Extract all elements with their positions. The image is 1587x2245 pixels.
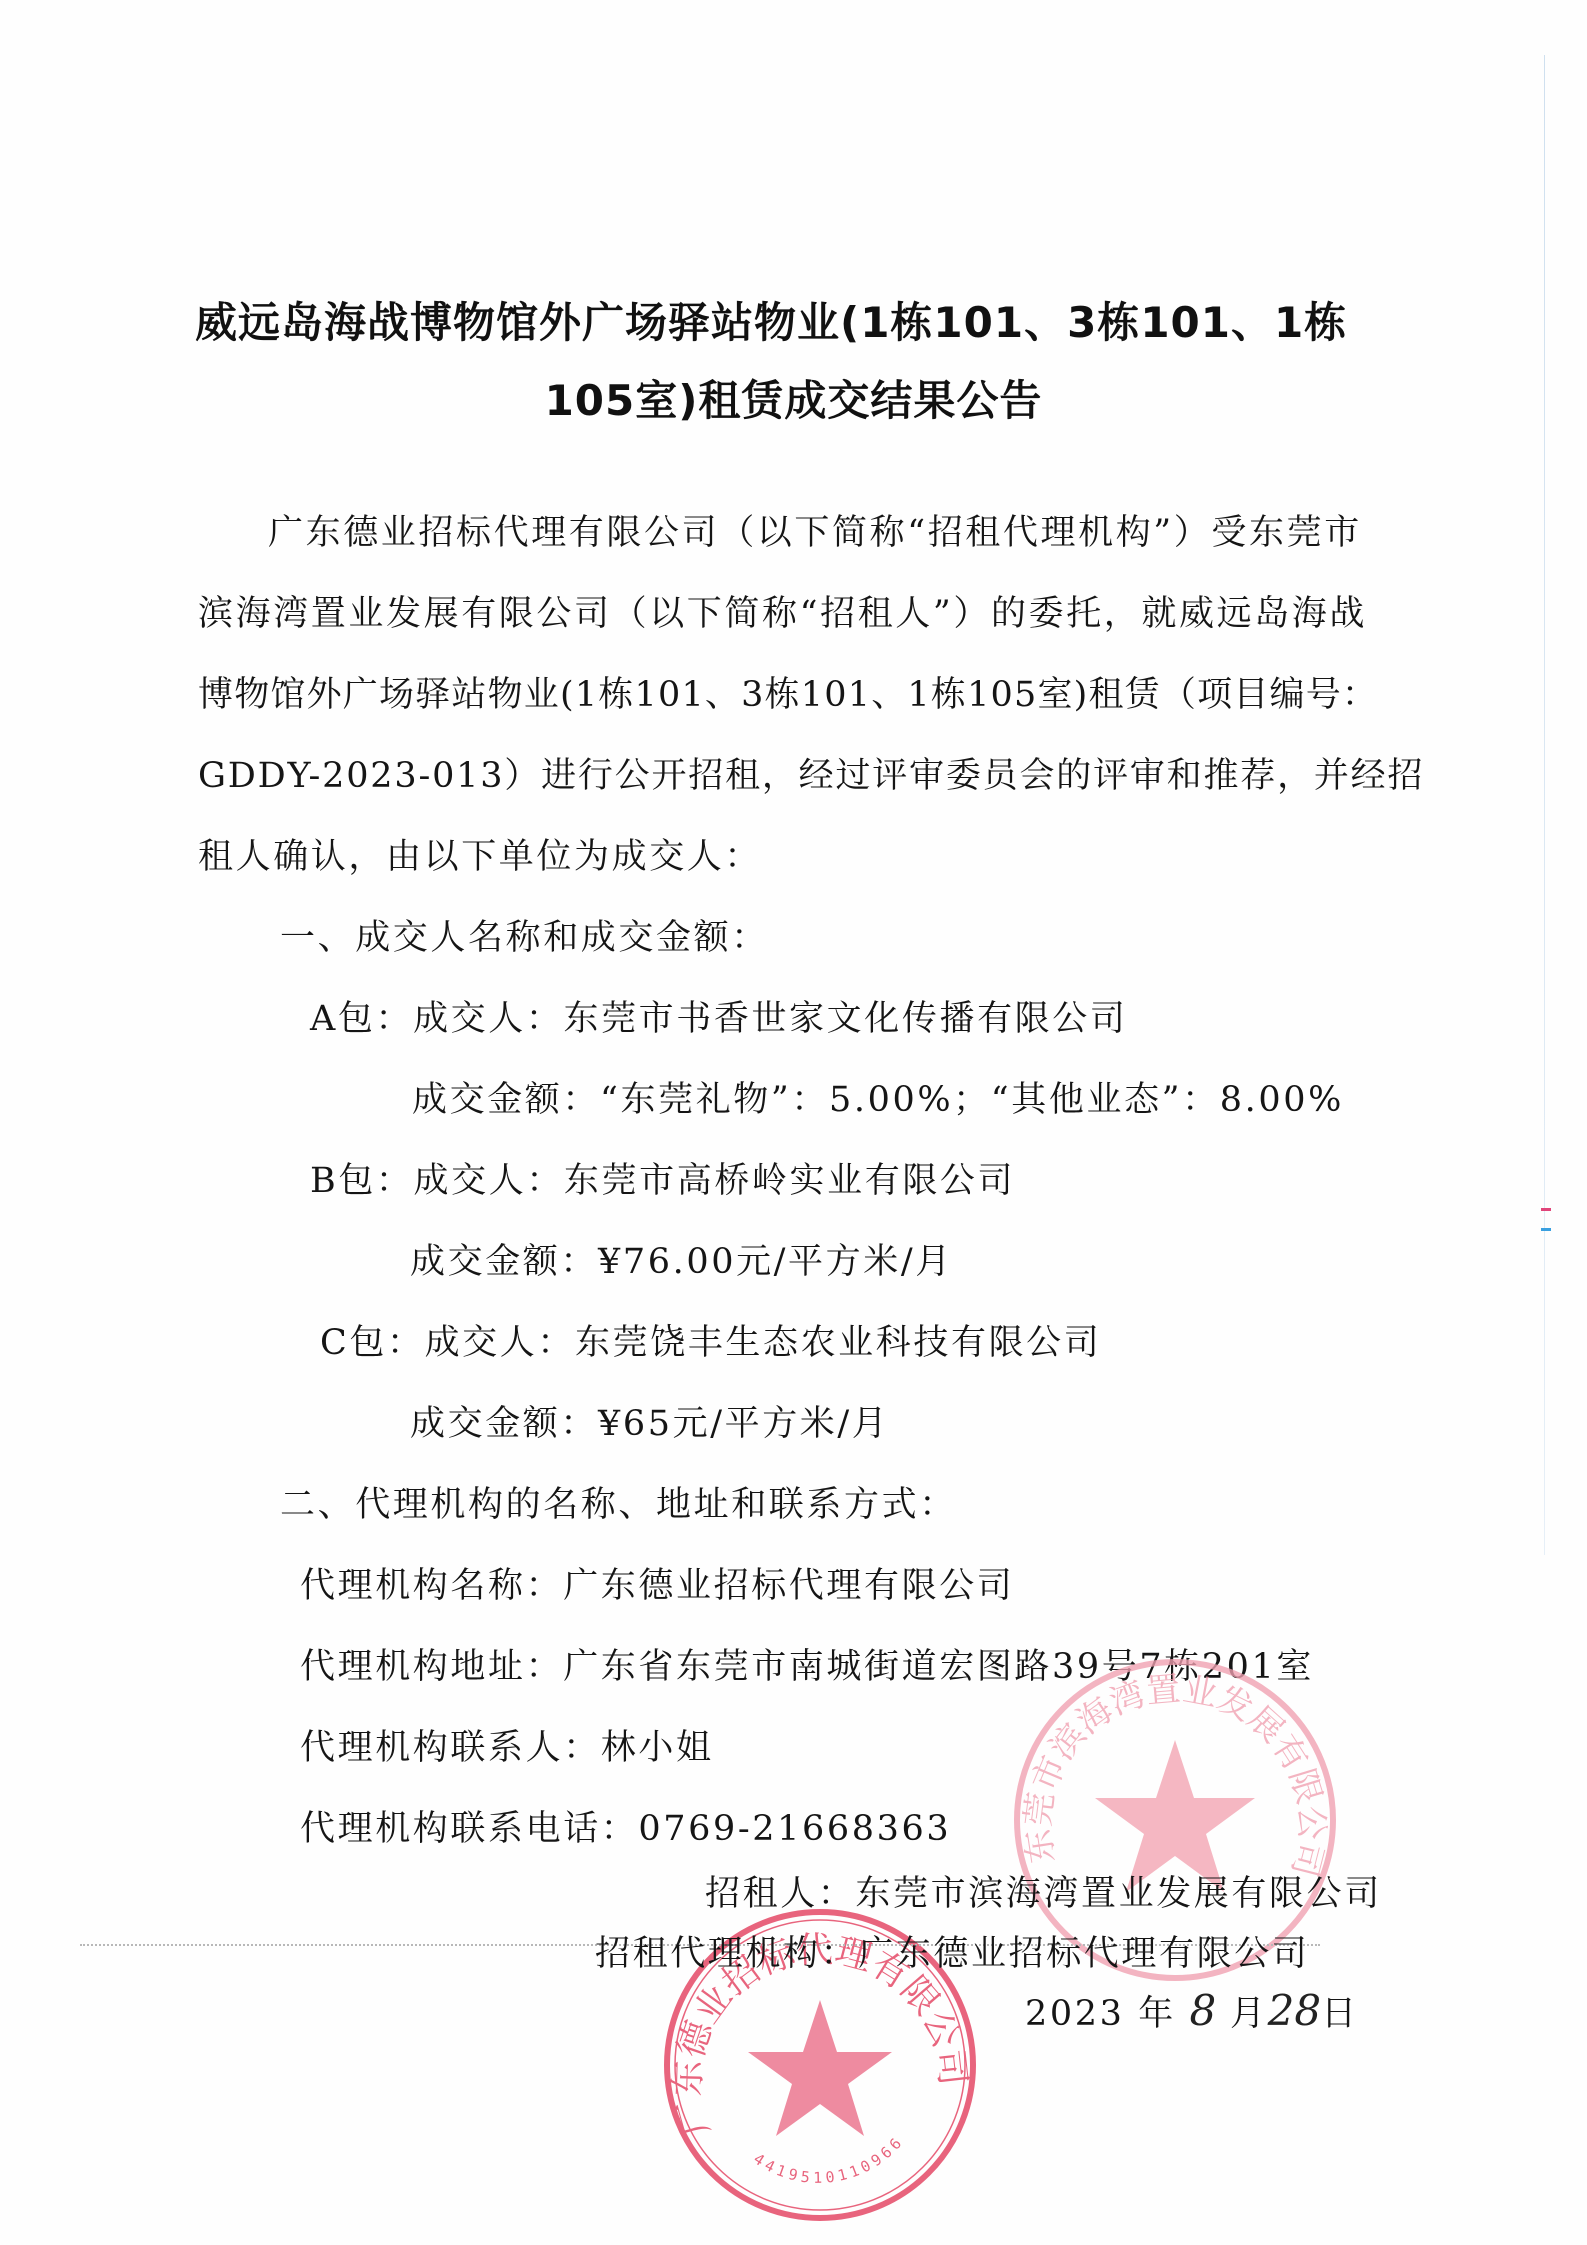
package-a-winner: A包：成交人：东莞市书香世家文化传播有限公司 — [310, 991, 1127, 1041]
package-b-amount: 成交金额：¥76.00元/平方米/月 — [410, 1234, 953, 1284]
agency-name: 代理机构名称：广东德业招标代理有限公司 — [300, 1558, 1014, 1608]
date-day-unit: 日 — [1321, 1994, 1359, 2034]
package-c-winner: C包：成交人：东莞饶丰生态农业科技有限公司 — [320, 1315, 1101, 1365]
scan-edge-line — [1544, 55, 1545, 1555]
section-1-heading: 一、成交人名称和成交金额： — [280, 910, 769, 960]
package-b-winner: B包：成交人：东莞市高桥岭实业有限公司 — [310, 1153, 1015, 1203]
intro-line: GDDY-2023-013）进行公开招租，经过评审委员会的评审和推荐，并经招 — [198, 748, 1424, 798]
document-page: 威远岛海战博物馆外广场驿站物业(1栋101、3栋101、1栋 105室)租赁成交… — [0, 0, 1587, 2245]
package-a-amount: 成交金额：“东莞礼物”：5.00%；“其他业态”：8.00% — [412, 1072, 1344, 1122]
intro-line: 滨海湾置业发展有限公司（以下简称“招租人”）的委托，就威远岛海战 — [198, 586, 1367, 636]
signature-date: 2023 年 8 月28日 — [1025, 1986, 1359, 2036]
scan-edge-mark — [1541, 1228, 1551, 1231]
agency-seal-number: 4419510110966 — [750, 2132, 907, 2187]
intro-line: 博物馆外广场驿站物业(1栋101、3栋101、1栋105室)租赁（项目编号： — [198, 667, 1378, 717]
document-title-line-2: 105室)租赁成交结果公告 — [0, 368, 1587, 428]
scan-edge-mark — [1541, 1208, 1551, 1211]
date-day-handwritten: 28 — [1268, 1986, 1321, 2035]
date-year: 2023 年 — [1025, 1994, 1176, 2034]
lessor-signature: 招租人：东莞市滨海湾置业发展有限公司 — [705, 1866, 1382, 1916]
date-month-unit: 月 — [1230, 1994, 1268, 2034]
document-title-line-1: 威远岛海战博物馆外广场驿站物业(1栋101、3栋101、1栋 — [195, 290, 1400, 350]
agency-signature: 招租代理机构：广东德业招标代理有限公司 — [595, 1926, 1309, 1976]
agency-contact: 代理机构联系人：林小姐 — [300, 1720, 714, 1770]
intro-line: 广东德业招标代理有限公司（以下简称“招租代理机构”）受东莞市 — [268, 505, 1362, 555]
section-2-heading: 二、代理机构的名称、地址和联系方式： — [280, 1477, 957, 1527]
svg-text:4419510110966: 4419510110966 — [750, 2132, 907, 2187]
date-month-handwritten: 8 — [1190, 1986, 1217, 2035]
agency-phone: 代理机构联系电话：0769-21668363 — [300, 1801, 951, 1851]
intro-line: 租人确认，由以下单位为成交人： — [198, 829, 762, 879]
package-c-amount: 成交金额：¥65元/平方米/月 — [410, 1396, 889, 1446]
